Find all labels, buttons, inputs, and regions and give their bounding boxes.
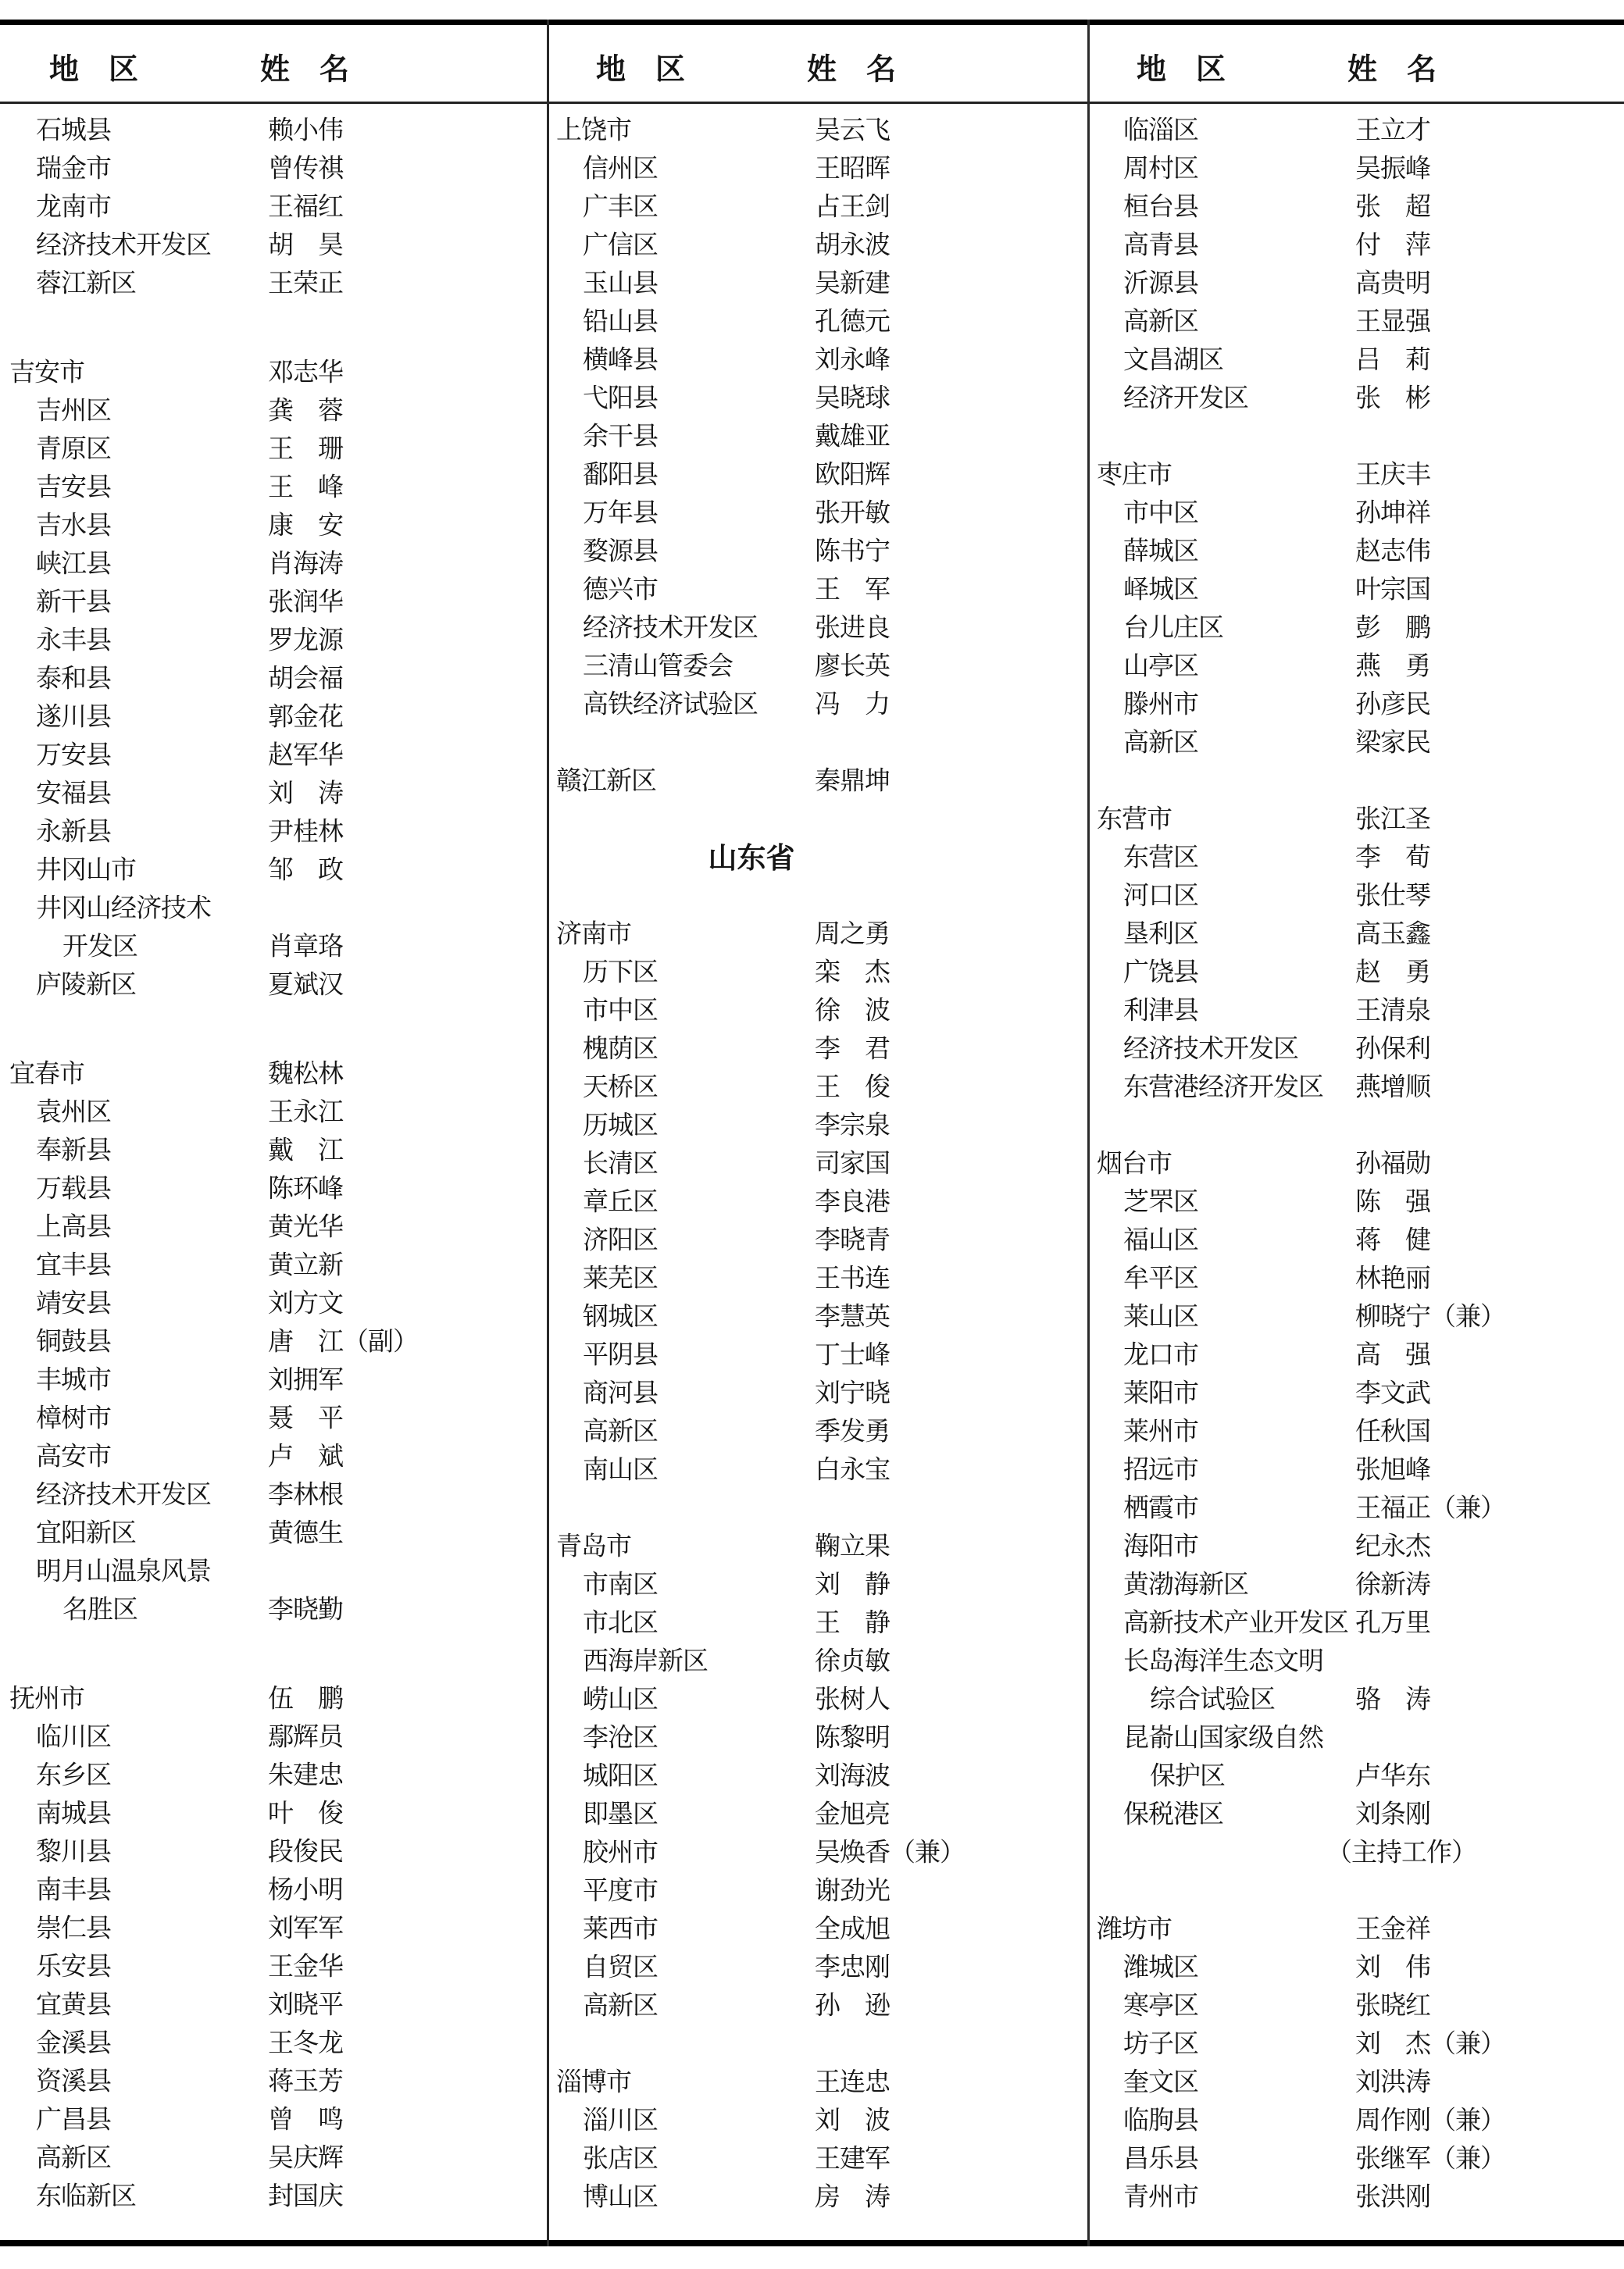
table-row: 玉山县吴新建 [547,262,1087,300]
name-cell: 黄德生 [268,1513,343,1550]
spacer-row [547,874,1087,912]
region-cell: 沂源县 [1123,262,1198,299]
table-row: 潍城区刘 伟 [1087,1946,1624,1984]
name-cell: 王福正（兼） [1355,1487,1505,1524]
table-row: 东营区李 荀 [1087,836,1624,874]
header-group-1: 地 区 姓 名 [0,31,547,102]
table-row: 临淄区王立才 [1087,109,1624,147]
name-cell: 司家国 [815,1143,890,1179]
name-cell: 王书连 [815,1258,890,1294]
name-cell: （主持工作） [1326,1832,1476,1868]
name-cell: 李良港 [815,1181,890,1218]
region-cell: 抚州市 [9,1679,84,1715]
table-row: 广昌县曾 鸣 [0,2099,547,2137]
region-cell: 丰城市 [36,1360,111,1397]
region-cell: 昆嵛山国家级自然 [1123,1717,1323,1753]
region-cell: 上饶市 [556,109,631,146]
region-cell: 淄博市 [556,2061,631,2098]
region-cell: 莱阳市 [1123,1372,1198,1409]
name-cell: 陈环峰 [268,1168,343,1205]
name-cell: 李晓勤 [268,1589,343,1626]
region-cell: 崇仁县 [36,1908,111,1945]
region-cell: 信州区 [583,148,658,184]
region-cell: 青州市 [1123,2176,1198,2213]
name-cell: 孙坤祥 [1355,492,1430,529]
table-row: 保护区卢华东 [1087,1754,1624,1793]
region-cell: 弋阳县 [583,377,658,414]
name-cell: 张 彬 [1355,377,1430,414]
name-cell: 周作刚（兼） [1355,2100,1505,2136]
table-row: 广丰区占王剑 [547,185,1087,223]
name-cell: 聂 平 [268,1398,343,1435]
table-row: 南丰县杨小明 [0,1869,547,1907]
region-cell: 台儿庄区 [1123,607,1223,644]
table-row: 经济技术开发区李林根 [0,1474,547,1512]
spacer-row [547,797,1087,836]
name-column-header: 姓 名 [1347,45,1437,88]
table-row: 利津县王清泉 [1087,989,1624,1027]
name-cell: 赵军华 [268,734,343,771]
table-row: 莱芜区王书连 [547,1257,1087,1295]
region-cell: 吉水县 [36,505,111,541]
name-cell: 肖章珞 [268,926,343,962]
name-cell: 刘 伟 [1355,1946,1430,1983]
region-column-header: 地 区 [1137,45,1226,88]
name-cell: 陈黎明 [815,1717,890,1753]
region-cell: 高新区 [1123,301,1198,337]
table-row: 潍坊市王金祥 [1087,1907,1624,1946]
region-cell: 东营市 [1097,798,1172,835]
region-cell: 烟台市 [1097,1143,1172,1179]
table-row: 济阳区李晓青 [547,1218,1087,1257]
table-row: 永新县尹桂林 [0,810,547,848]
region-cell: 樟树市 [36,1398,111,1435]
region-cell: 万载县 [36,1168,111,1205]
name-cell: 王荣正 [268,262,343,299]
name-cell: 欧阳辉 [815,454,890,491]
region-cell: 遂川县 [36,696,111,733]
region-cell: 资溪县 [36,2061,111,2098]
name-cell: 段俊民 [268,1832,343,1868]
name-cell: 刘海波 [815,1755,890,1792]
region-cell: 峄城区 [1123,569,1198,605]
name-cell: 谢劲光 [815,1870,890,1907]
region-cell: 东乡区 [36,1755,111,1792]
region-cell: 余干县 [583,416,658,452]
region-cell: 潍坊市 [1097,1908,1172,1945]
region-cell: 福山区 [1123,1219,1198,1256]
name-cell: 刘永峰 [815,339,890,376]
name-cell: 刘洪涛 [1355,2061,1430,2098]
region-cell: 高青县 [1123,224,1198,261]
region-cell: 海阳市 [1123,1525,1198,1562]
region-cell: 靖安县 [36,1283,111,1320]
table-row: 河口区张仕琴 [1087,874,1624,912]
name-cell: 赖小伟 [268,109,343,146]
name-cell: 占王剑 [815,186,890,223]
name-cell: 蒋 健 [1355,1219,1430,1256]
table-row: 综合试验区骆 涛 [1087,1678,1624,1716]
table-row: 抚州市伍 鹏 [0,1678,547,1716]
region-cell: 高新技术产业开发区 [1123,1602,1348,1639]
region-cell: 胶州市 [583,1832,658,1868]
table-row: 吉州区龚 蓉 [0,389,547,427]
name-cell: 纪永杰 [1355,1525,1430,1562]
name-cell: 王立才 [1355,109,1430,146]
region-cell: 市中区 [1123,492,1198,529]
table-row: 宜阳新区黄德生 [0,1512,547,1550]
region-cell: 宜春市 [9,1054,84,1090]
region-cell: 青岛市 [556,1525,631,1562]
region-cell: 经济技术开发区 [583,607,758,644]
name-cell: 封国庆 [268,2176,343,2213]
table-row: 临川区鄢辉员 [0,1716,547,1754]
table-row: 沂源县高贵明 [1087,262,1624,300]
header-separator-line [0,102,1624,104]
region-cell: 莱州市 [1123,1411,1198,1447]
table-row: 广信区胡永波 [547,223,1087,262]
region-cell: 平阴县 [583,1334,658,1371]
name-cell: 金旭亮 [815,1793,890,1830]
name-cell: 王清泉 [1355,990,1430,1026]
region-cell: 长清区 [583,1143,658,1179]
region-cell: 东营区 [1123,837,1198,873]
region-cell: 袁州区 [36,1092,111,1129]
table-row: 丰城市刘拥军 [0,1359,547,1397]
region-cell: 牟平区 [1123,1258,1198,1294]
name-cell: 刘 静 [815,1564,890,1600]
table-row: 铅山县孔德元 [547,300,1087,338]
name-cell: 尹桂林 [268,811,343,847]
table-row: 东临新区封国庆 [0,2175,547,2214]
table-row: 新干县张润华 [0,580,547,619]
region-cell: 玉山县 [583,262,658,299]
table-row: 鄱阳县欧阳辉 [547,453,1087,491]
table-row: 西海岸新区徐贞敏 [547,1639,1087,1678]
region-cell: 枣庄市 [1097,454,1172,491]
region-cell: 张店区 [583,2138,658,2174]
name-cell: 伍 鹏 [268,1679,343,1715]
table-row: 石城县赖小伟 [0,109,547,147]
name-cell: 高玉鑫 [1355,913,1430,950]
region-cell: 安福县 [36,772,111,809]
table-row: 市中区孙坤祥 [1087,491,1624,530]
table-row: 峄城区叶宗国 [1087,568,1624,606]
name-cell: 唐 江（副） [268,1322,418,1358]
spacer-row [547,2022,1087,2060]
name-cell: 魏松林 [268,1054,343,1090]
name-cell: 王永江 [268,1092,343,1129]
region-column-header: 地 区 [49,45,138,88]
table-row: 东营市张江圣 [1087,797,1624,836]
region-cell: 市南区 [583,1564,658,1600]
region-cell: 黎川县 [36,1832,111,1868]
region-cell: 钢城区 [583,1296,658,1333]
name-cell: 徐 波 [815,990,890,1026]
table-row: 峡江县肖海涛 [0,542,547,580]
region-cell: 赣江新区 [556,760,656,797]
table-row: 开发区肖章珞 [0,925,547,963]
region-cell: 宜阳新区 [36,1513,136,1550]
name-cell: 房 涛 [815,2176,890,2213]
name-cell: 李晓青 [815,1219,890,1256]
roster-column-2: 上饶市吴云飞信州区王昭晖广丰区占王剑广信区胡永波玉山县吴新建铅山县孔德元横峰县刘… [547,109,1087,2214]
region-cell: 新干县 [36,581,111,618]
table-row: （主持工作） [1087,1831,1624,1869]
table-row: 吉安县王 峰 [0,466,547,504]
region-cell: 文昌湖区 [1123,339,1223,376]
name-cell: 卢华东 [1355,1755,1430,1792]
name-cell: 李文武 [1355,1372,1430,1409]
region-cell: 垦利区 [1123,913,1198,950]
table-row: 信州区王昭晖 [547,147,1087,185]
name-cell: 胡会福 [268,658,343,694]
name-cell: 王庆丰 [1355,454,1430,491]
table-row: 吉水县康 安 [0,504,547,542]
region-cell: 市北区 [583,1602,658,1639]
region-cell: 临朐县 [1123,2100,1198,2136]
name-cell: 张继军（兼） [1355,2138,1505,2174]
region-cell: 招远市 [1123,1449,1198,1486]
name-cell: 孔德元 [815,301,890,337]
region-cell: 永丰县 [36,619,111,656]
name-cell: 李林根 [268,1475,343,1511]
table-row: 淄博市王连忠 [547,2060,1087,2099]
name-cell: 李 荀 [1355,837,1430,873]
table-row: 莱山区柳晓宁（兼） [1087,1295,1624,1333]
table-row: 明月山温泉风景 [0,1550,547,1589]
table-row: 芝罘区陈 强 [1087,1180,1624,1218]
region-cell: 长岛海洋生态文明 [1123,1640,1323,1677]
table-row: 三清山管委会廖长英 [547,644,1087,683]
table-row: 张店区王建军 [547,2137,1087,2175]
region-cell: 吉安县 [36,466,111,503]
table-row: 万安县赵军华 [0,733,547,772]
region-cell: 东临新区 [36,2176,136,2213]
name-cell: 徐贞敏 [815,1640,890,1677]
name-cell: 吴焕香（兼） [815,1832,965,1868]
region-cell: 利津县 [1123,990,1198,1026]
table-row: 龙口市高 强 [1087,1333,1624,1372]
region-cell: 河口区 [1123,875,1198,912]
name-cell: 徐新涛 [1355,1564,1430,1600]
table-row: 青岛市鞠立果 [547,1525,1087,1563]
table-row: 万载县陈环峰 [0,1168,547,1206]
table-row: 经济技术开发区孙保利 [1087,1027,1624,1065]
region-cell: 平度市 [583,1870,658,1907]
region-cell: 泰和县 [36,658,111,694]
table-row: 高新区梁家民 [1087,721,1624,759]
region-cell: 博山区 [583,2176,658,2213]
name-cell: 王 峰 [268,466,343,503]
name-cell: 张洪刚 [1355,2176,1430,2213]
table-row: 高新区王显强 [1087,300,1624,338]
table-row: 高新区孙 逊 [547,1984,1087,2022]
table-row: 广饶县赵 勇 [1087,951,1624,989]
name-cell: 周之勇 [815,913,890,950]
name-cell: 吴庆辉 [268,2138,343,2174]
region-cell: 栖霞市 [1123,1487,1198,1524]
table-row: 南城县叶 俊 [0,1793,547,1831]
region-cell: 高新区 [36,2138,111,2174]
name-cell: 曾传祺 [268,148,343,184]
table-row: 即墨区金旭亮 [547,1793,1087,1831]
name-cell: 丁士峰 [815,1334,890,1371]
table-row: 黎川县段俊民 [0,1831,547,1869]
table-row: 上高县黄光华 [0,1206,547,1244]
region-cell: 坊子区 [1123,2023,1198,2060]
name-cell: 刘晓平 [268,1985,343,2021]
region-cell: 莱西市 [583,1908,658,1945]
name-cell: 彭 鹏 [1355,607,1430,644]
region-cell: 龙口市 [1123,1334,1198,1371]
name-cell: 邹 政 [268,849,343,886]
table-row: 赣江新区秦鼎坤 [547,759,1087,797]
region-cell: 蓉江新区 [36,262,136,299]
region-cell: 峡江县 [36,543,111,580]
name-cell: 刘 波 [815,2100,890,2136]
region-cell: 桓台县 [1123,186,1198,223]
table-row: 高新区吴庆辉 [0,2137,547,2175]
table-row: 高铁经济试验区冯 力 [547,683,1087,721]
region-cell: 乐安县 [36,1946,111,1983]
name-column-header: 姓 名 [260,45,349,88]
name-cell: 王 静 [815,1602,890,1639]
name-cell: 孔万里 [1355,1602,1430,1639]
region-cell: 南山区 [583,1449,658,1486]
name-cell: 刘 涛 [268,772,343,809]
region-cell: 历城区 [583,1104,658,1141]
region-cell: 东营港经济开发区 [1123,1066,1323,1103]
table-row: 泰和县胡会福 [0,657,547,695]
table-row: 烟台市孙福勋 [1087,1142,1624,1180]
name-cell: 王 俊 [815,1066,890,1103]
region-cell: 开发区 [62,926,137,962]
province-section-label: 山东省 [547,834,956,876]
name-cell: 王显强 [1355,301,1430,337]
name-cell: 刘 杰（兼） [1355,2023,1505,2060]
name-cell: 张开敏 [815,492,890,529]
name-cell: 张晓红 [1355,1985,1430,2021]
region-cell: 临淄区 [1123,109,1198,146]
table-row: 宜丰县黄立新 [0,1244,547,1283]
name-cell: 廖长英 [815,645,890,682]
spacer-row [0,1627,547,1678]
region-cell: 吉安市 [9,351,84,388]
table-row: 东营港经济开发区燕增顺 [1087,1065,1624,1104]
name-cell: 梁家民 [1355,722,1430,758]
table-row: 高青县付 萍 [1087,223,1624,262]
name-cell: 冯 力 [815,683,890,720]
region-cell: 商河县 [583,1372,658,1409]
table-row: 宜黄县刘晓平 [0,1984,547,2022]
region-cell: 瑞金市 [36,148,111,184]
table-row: 李沧区陈黎明 [547,1716,1087,1754]
table-row: 婺源县陈书宁 [547,530,1087,568]
name-cell: 刘军军 [268,1908,343,1945]
table-row: 临朐县周作刚（兼） [1087,2099,1624,2137]
spacer-row [547,1486,1087,1525]
table-row: 栖霞市王福正（兼） [1087,1486,1624,1525]
table-row: 高新区季发勇 [547,1410,1087,1448]
region-cell: 自贸区 [583,1946,658,1983]
name-cell: 孙彦民 [1355,683,1430,720]
name-cell: 王建军 [815,2138,890,2174]
region-cell: 奉新县 [36,1130,111,1167]
region-cell: 经济技术开发区 [36,1475,211,1511]
name-cell: 付 萍 [1355,224,1430,261]
region-cell: 历下区 [583,951,658,988]
name-cell: 王金华 [268,1946,343,1983]
table-row: 长岛海洋生态文明 [1087,1639,1624,1678]
region-cell: 德兴市 [583,569,658,605]
name-cell: 吴云飞 [815,109,890,146]
table-row: 经济技术开发区张进良 [547,606,1087,644]
region-cell: 横峰县 [583,339,658,376]
table-row: 山亭区燕 勇 [1087,644,1624,683]
table-row: 滕州市孙彦民 [1087,683,1624,721]
table-row: 天桥区王 俊 [547,1065,1087,1104]
name-cell: 郭金花 [268,696,343,733]
name-cell: 王福红 [268,186,343,223]
name-cell: 戴雄亚 [815,416,890,452]
table-row: 经济技术开发区胡 昊 [0,223,547,262]
name-cell: 王 珊 [268,428,343,465]
table-row: 自贸区李忠刚 [547,1946,1087,1984]
table-row: 福山区蒋 健 [1087,1218,1624,1257]
region-cell: 广丰区 [583,186,658,223]
table-row: 名胜区李晓勤 [0,1589,547,1627]
name-cell: 叶宗国 [1355,569,1430,605]
table-row: 袁州区王永江 [0,1091,547,1129]
table-row: 崇仁县刘军军 [0,1907,547,1946]
table-row: 周村区吴振峰 [1087,147,1624,185]
region-cell: 淄川区 [583,2100,658,2136]
table-row: 德兴市王 军 [547,568,1087,606]
table-row: 宜春市魏松林 [0,1053,547,1091]
table-row: 历城区李宗泉 [547,1104,1087,1142]
table-row: 乐安县王金华 [0,1946,547,1984]
table-row: 昆嵛山国家级自然 [1087,1716,1624,1754]
table-row: 靖安县刘方文 [0,1283,547,1321]
name-cell: 孙保利 [1355,1028,1430,1065]
region-cell: 临川区 [36,1717,111,1753]
table-row: 龙南市王福红 [0,185,547,223]
table-row: 黄渤海新区徐新涛 [1087,1563,1624,1601]
name-cell: 栾 杰 [815,951,890,988]
name-cell: 张树人 [815,1679,890,1715]
table-row: 莱西市全成旭 [547,1907,1087,1946]
table-row: 上饶市吴云飞 [547,109,1087,147]
table-row: 博山区房 涛 [547,2175,1087,2214]
table-row: 济南市周之勇 [547,912,1087,951]
name-cell: 燕增顺 [1355,1066,1430,1103]
table-row: 青原区王 珊 [0,427,547,466]
table-row: 铜鼓县唐 江（副） [0,1321,547,1359]
region-cell: 芝罘区 [1123,1181,1198,1218]
name-cell: 张进良 [815,607,890,644]
region-cell: 庐陵新区 [36,964,136,1001]
region-cell: 龙南市 [36,186,111,223]
name-cell: 黄光华 [268,1207,343,1243]
name-cell: 曾 鸣 [268,2100,343,2136]
name-cell: 李 君 [815,1028,890,1065]
name-cell: 张 超 [1355,186,1430,223]
region-cell: 石城县 [36,109,111,146]
table-row: 市南区刘 静 [547,1563,1087,1601]
spacer-row [1087,415,1624,453]
table-row: 坊子区刘 杰（兼） [1087,2022,1624,2060]
